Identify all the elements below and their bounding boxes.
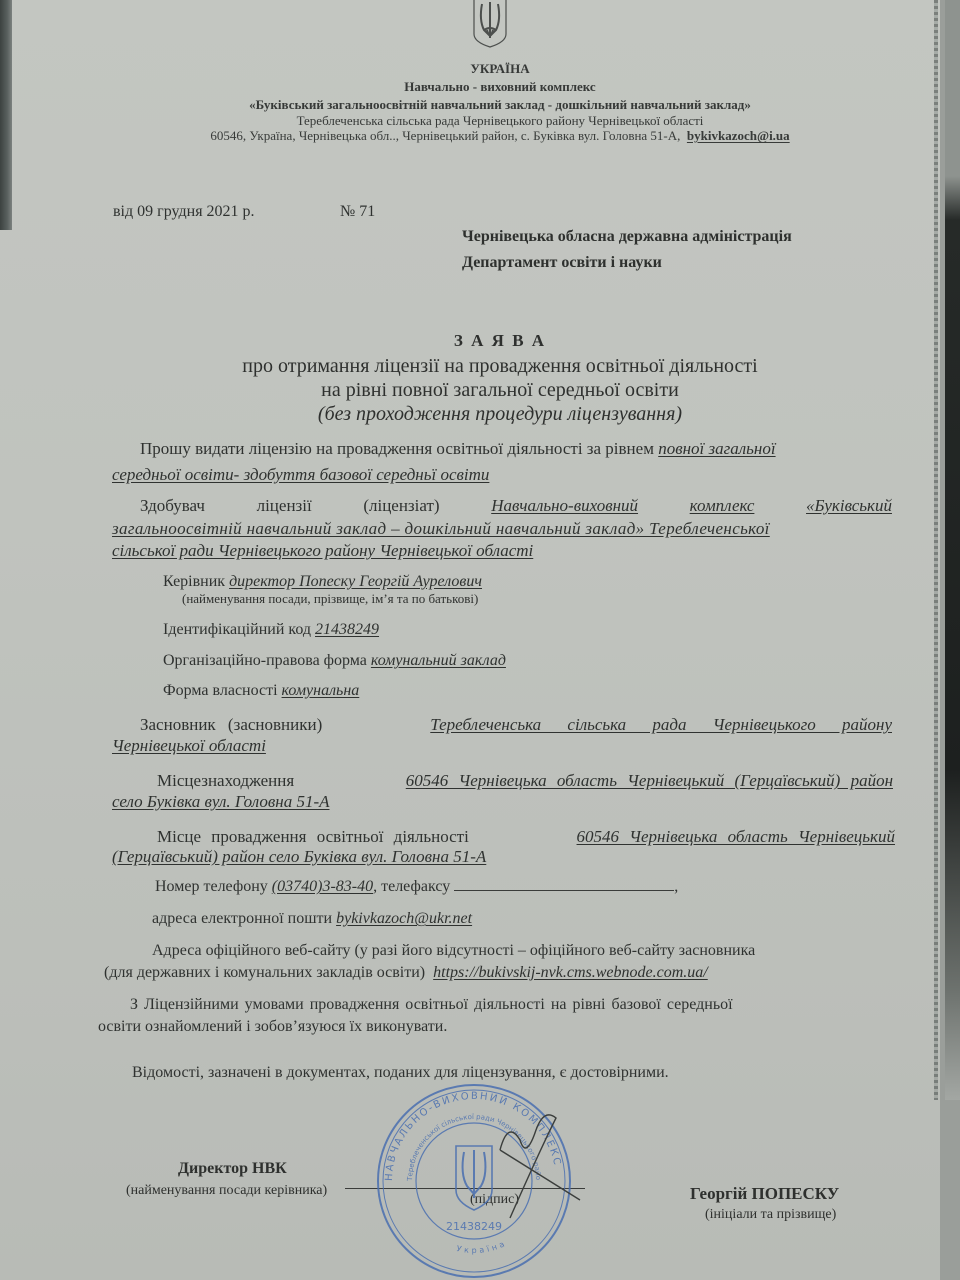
website-field: (для державних і комунальних закладів ос… [104, 962, 708, 983]
tryzub-coat-of-arms-icon [470, 0, 510, 48]
document-date: від 09 грудня 2021 р. [113, 201, 255, 222]
head-value: директор Попеску Георгій Аурелович [229, 573, 482, 590]
document-page: УКРАЇНА Навчально - виховний комплекс «Б… [0, 0, 960, 1280]
stamp-code: 21438249 [446, 1220, 502, 1233]
head-hint: (найменування посади, прізвище, ім’я та … [182, 591, 478, 607]
institution-name: «Буківський загальноосвітній навчальний … [150, 97, 850, 113]
svg-text:Україна: Україна [456, 1238, 509, 1255]
letterhead-address: 60546, Україна, Чернівецька обл.., Черні… [150, 128, 850, 144]
legal-form-value: комунальний заклад [371, 652, 506, 669]
id-code-value: 21438249 [315, 621, 379, 638]
ownership-value: комунальна [282, 682, 360, 699]
signer-name-hint: (ініціали та прізвище) [705, 1207, 836, 1223]
title-line-3: (без проходження процедури ліцензування) [150, 402, 850, 426]
title-line-1: про отримання ліцензії на провадження ос… [150, 354, 850, 378]
council-name: Тереблеченська сільська рада Чернівецько… [150, 113, 850, 129]
location-value: 60546 Чернівецька область Чернівецький (… [406, 770, 893, 791]
document-number: № 71 [340, 201, 375, 222]
licensee-field: Здобувач ліцензії (ліцензіат) Навчально-… [140, 495, 892, 516]
institution-type: Навчально - виховний комплекс [150, 79, 850, 95]
location-field: Місцезнаходження 60546 Чернівецька облас… [157, 770, 893, 791]
conditions-statement-line-2: освіти ознайомлений і зобов’язуюся їх ви… [98, 1016, 447, 1037]
email-value-link[interactable]: bykivkazoch@ukr.net [336, 910, 472, 927]
website-label-line-1: Адреса офіційного веб-сайту (у разі його… [152, 940, 755, 961]
handwritten-signature [470, 1100, 670, 1220]
head-field: Керівник директор Попеску Георгій Аурело… [163, 571, 482, 592]
signer-position-hint: (найменування посади керівника) [126, 1183, 327, 1199]
activity-place-value: 60546 Чернівецька область Чернівецький [577, 826, 895, 847]
activity-place-value-cont: (Герцаївський) район село Буківка вул. Г… [112, 846, 486, 867]
background-dark-surface [945, 0, 960, 1100]
conditions-statement-line-1: З Ліцензійними умовами провадження освіт… [130, 994, 733, 1015]
title-line-2: на рівні повної загальної середньої осві… [150, 378, 850, 402]
licensee-value-line-3: сільської ради Чернівецького району Черн… [112, 540, 533, 561]
accuracy-statement: Відомості, зазначені в документах, подан… [132, 1062, 669, 1083]
addressee-line-1: Чернівецька обласна державна адміністрац… [462, 227, 792, 247]
signer-position: Директор НВК [178, 1160, 287, 1178]
location-value-cont: село Буківка вул. Головна 51-А [112, 791, 330, 812]
founder-field: Засновник (засновники) Тереблеченська сі… [140, 714, 892, 735]
request-field: Прошу видати ліцензію на провадження осв… [140, 438, 776, 459]
id-code-field: Ідентифікаційний код 21438249 [163, 619, 379, 640]
country-label: УКРАЇНА [150, 61, 850, 77]
phone-field: Номер телефону (03740)3-83-40, телефаксу… [155, 876, 678, 897]
legal-form-field: Організаційно-правова форма комунальний … [163, 650, 506, 671]
founder-value: Тереблеченська сільська рада Чернівецько… [430, 714, 892, 735]
letterhead-email-link[interactable]: bykivkazoch@i.ua [687, 128, 790, 143]
fax-value [454, 876, 674, 891]
request-value-cont: середньої освіти- здобуття базової серед… [112, 464, 489, 485]
website-value-link[interactable]: https://bukivskij-nvk.cms.webnode.com.ua… [433, 964, 708, 981]
request-value: повної загальної [658, 439, 775, 458]
document-heading: З А Я В А [150, 331, 850, 351]
founder-value-cont: Чернівецької області [112, 735, 266, 756]
addressee-line-2: Департамент освіти і науки [462, 253, 662, 273]
email-field: адреса електронної пошти bykivkazoch@ukr… [152, 908, 472, 929]
ownership-field: Форма власності комунальна [163, 680, 359, 701]
signer-name: Георгій ПОПЕСКУ [690, 1184, 839, 1204]
phone-value: (03740)3-83-40 [272, 878, 373, 895]
page-shadow-left [0, 0, 12, 230]
page-edge [934, 0, 938, 1100]
activity-place-field: Місце провадження освітньої діяльності 6… [157, 826, 895, 847]
licensee-value-line-2: загальноосвітній навчальний заклад – дош… [112, 518, 770, 539]
